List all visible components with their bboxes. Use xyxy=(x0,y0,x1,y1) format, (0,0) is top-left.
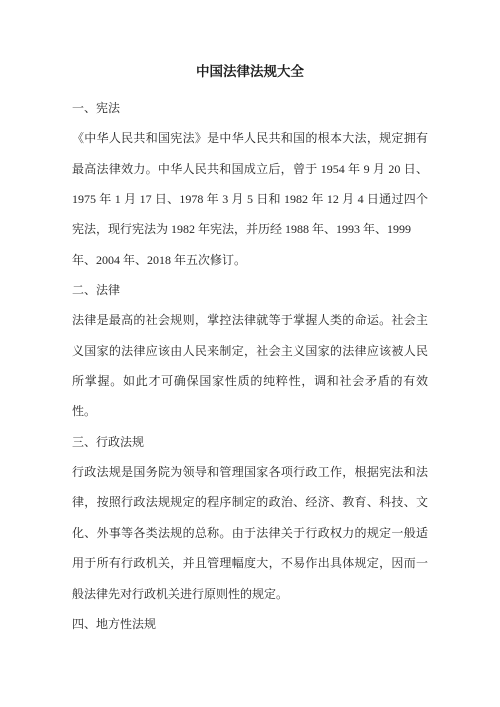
section-heading: 一、宪法 xyxy=(72,93,428,123)
paragraph-line: 年、2004 年、2018 年五次修订。 xyxy=(72,245,428,275)
paragraph-line: 最高法律效力。中华人民共和国成立后，曾于 1954 年 9 月 20 日、 xyxy=(72,154,428,184)
paragraph-line: 《中华人民共和国宪法》是中华人民共和国的根本大法，规定拥有 xyxy=(72,123,428,153)
paragraph-line: 般法律先对行政机关进行原则性的规定。 xyxy=(72,579,428,609)
section-heading: 三、行政法规 xyxy=(72,427,428,457)
paragraph-line: 1975 年 1 月 17 日、1978 年 3 月 5 日和 1982 年 1… xyxy=(72,184,428,214)
paragraph-line: 所掌握。如此才可确保国家性质的纯粹性，调和社会矛盾的有效 xyxy=(72,366,428,396)
section-heading: 二、法律 xyxy=(72,275,428,305)
paragraph-line: 性。 xyxy=(72,396,428,426)
document-content: 中国法律法规大全 一、宪法《中华人民共和国宪法》是中华人民共和国的根本大法，规定… xyxy=(0,0,500,639)
paragraph-line: 法律是最高的社会规则，掌控法律就等于掌握人类的命运。社会主 xyxy=(72,305,428,335)
section-heading: 四、地方性法规 xyxy=(72,609,428,639)
paragraph-line: 用于所有行政机关，并且管理幅度大，不易作出具体规定，因而一 xyxy=(72,548,428,578)
paragraph-line: 化、外事等各类法规的总称。由于法律关于行政权力的规定一般适 xyxy=(72,518,428,548)
document-title: 中国法律法规大全 xyxy=(72,57,428,87)
paragraph-line: 行政法规是国务院为领导和管理国家各项行政工作，根据宪法和法 xyxy=(72,457,428,487)
document-body: 一、宪法《中华人民共和国宪法》是中华人民共和国的根本大法，规定拥有最高法律效力。… xyxy=(72,93,428,639)
paragraph-line: 义国家的法律应该由人民来制定，社会主义国家的法律应该被人民 xyxy=(72,336,428,366)
document-page: 中国法律法规大全 一、宪法《中华人民共和国宪法》是中华人民共和国的根本大法，规定… xyxy=(0,0,500,707)
paragraph-line: 宪法，现行宪法为 1982 年宪法，并历经 1988 年、1993 年、1999 xyxy=(72,214,428,244)
paragraph-line: 律，按照行政法规规定的程序制定的政治、经济、教育、科技、文 xyxy=(72,487,428,517)
